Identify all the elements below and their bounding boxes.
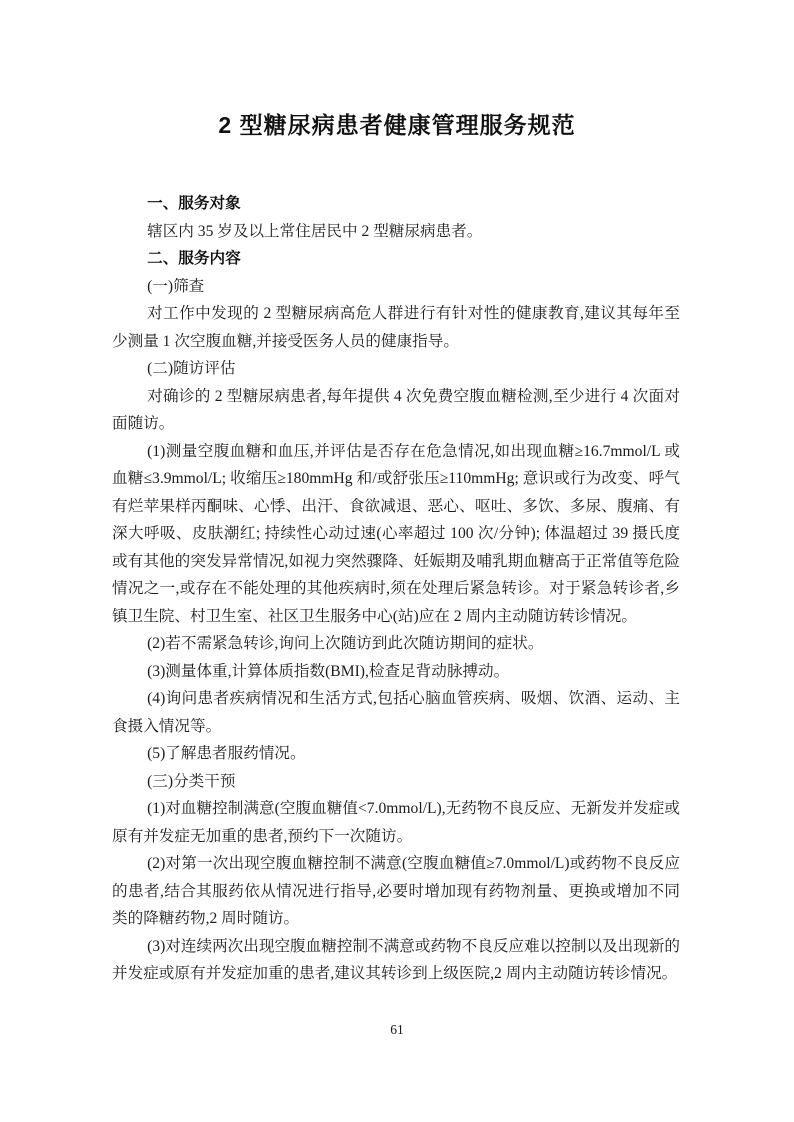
paragraph-service-target: 辖区内 35 岁及以上常住居民中 2 型糖尿病患者。 xyxy=(112,218,680,246)
page-number: 61 xyxy=(0,1022,794,1038)
paragraph-screening: 对工作中发现的 2 型糖尿病高危人群进行有针对性的健康教育,建议其每年至少测量 … xyxy=(112,300,680,355)
subsection-heading-screening: (一)筛查 xyxy=(112,273,680,301)
section-heading-service-content: 二、服务内容 xyxy=(112,245,680,273)
subsection-heading-followup-assessment: (二)随访评估 xyxy=(112,355,680,383)
paragraph-followup-item-2-symptoms: (2)若不需紧急转诊,询问上次随访到此次随访期间的症状。 xyxy=(112,630,680,658)
document-title: 2 型糖尿病患者健康管理服务规范 xyxy=(0,107,794,140)
document-body: 一、服务对象 辖区内 35 岁及以上常住居民中 2 型糖尿病患者。 二、服务内容… xyxy=(112,190,680,988)
paragraph-followup-intro: 对确诊的 2 型糖尿病患者,每年提供 4 次免费空腹血糖检测,至少进行 4 次面… xyxy=(112,383,680,438)
paragraph-intervention-item-2: (2)对第一次出现空腹血糖控制不满意(空腹血糖值≥7.0mmol/L)或药物不良… xyxy=(112,850,680,933)
paragraph-followup-item-3-bmi: (3)测量体重,计算体质指数(BMI),检查足背动脉搏动。 xyxy=(112,658,680,686)
subsection-heading-classified-intervention: (三)分类干预 xyxy=(112,768,680,796)
document-page: 2 型糖尿病患者健康管理服务规范 一、服务对象 辖区内 35 岁及以上常住居民中… xyxy=(0,0,794,1122)
section-heading-service-target: 一、服务对象 xyxy=(112,190,680,218)
paragraph-followup-item-4-lifestyle: (4)询问患者疾病情况和生活方式,包括心脑血管疾病、吸烟、饮酒、运动、主食摄入情… xyxy=(112,685,680,740)
paragraph-intervention-item-3: (3)对连续两次出现空腹血糖控制不满意或药物不良反应难以控制以及出现新的并发症或… xyxy=(112,933,680,988)
paragraph-followup-item-5-medication: (5)了解患者服药情况。 xyxy=(112,740,680,768)
paragraph-followup-item-1-emergency: (1)测量空腹血糖和血压,并评估是否存在危急情况,如出现血糖≥16.7mmol/… xyxy=(112,438,680,631)
paragraph-intervention-item-1: (1)对血糖控制满意(空腹血糖值<7.0mmol/L),无药物不良反应、无新发并… xyxy=(112,795,680,850)
